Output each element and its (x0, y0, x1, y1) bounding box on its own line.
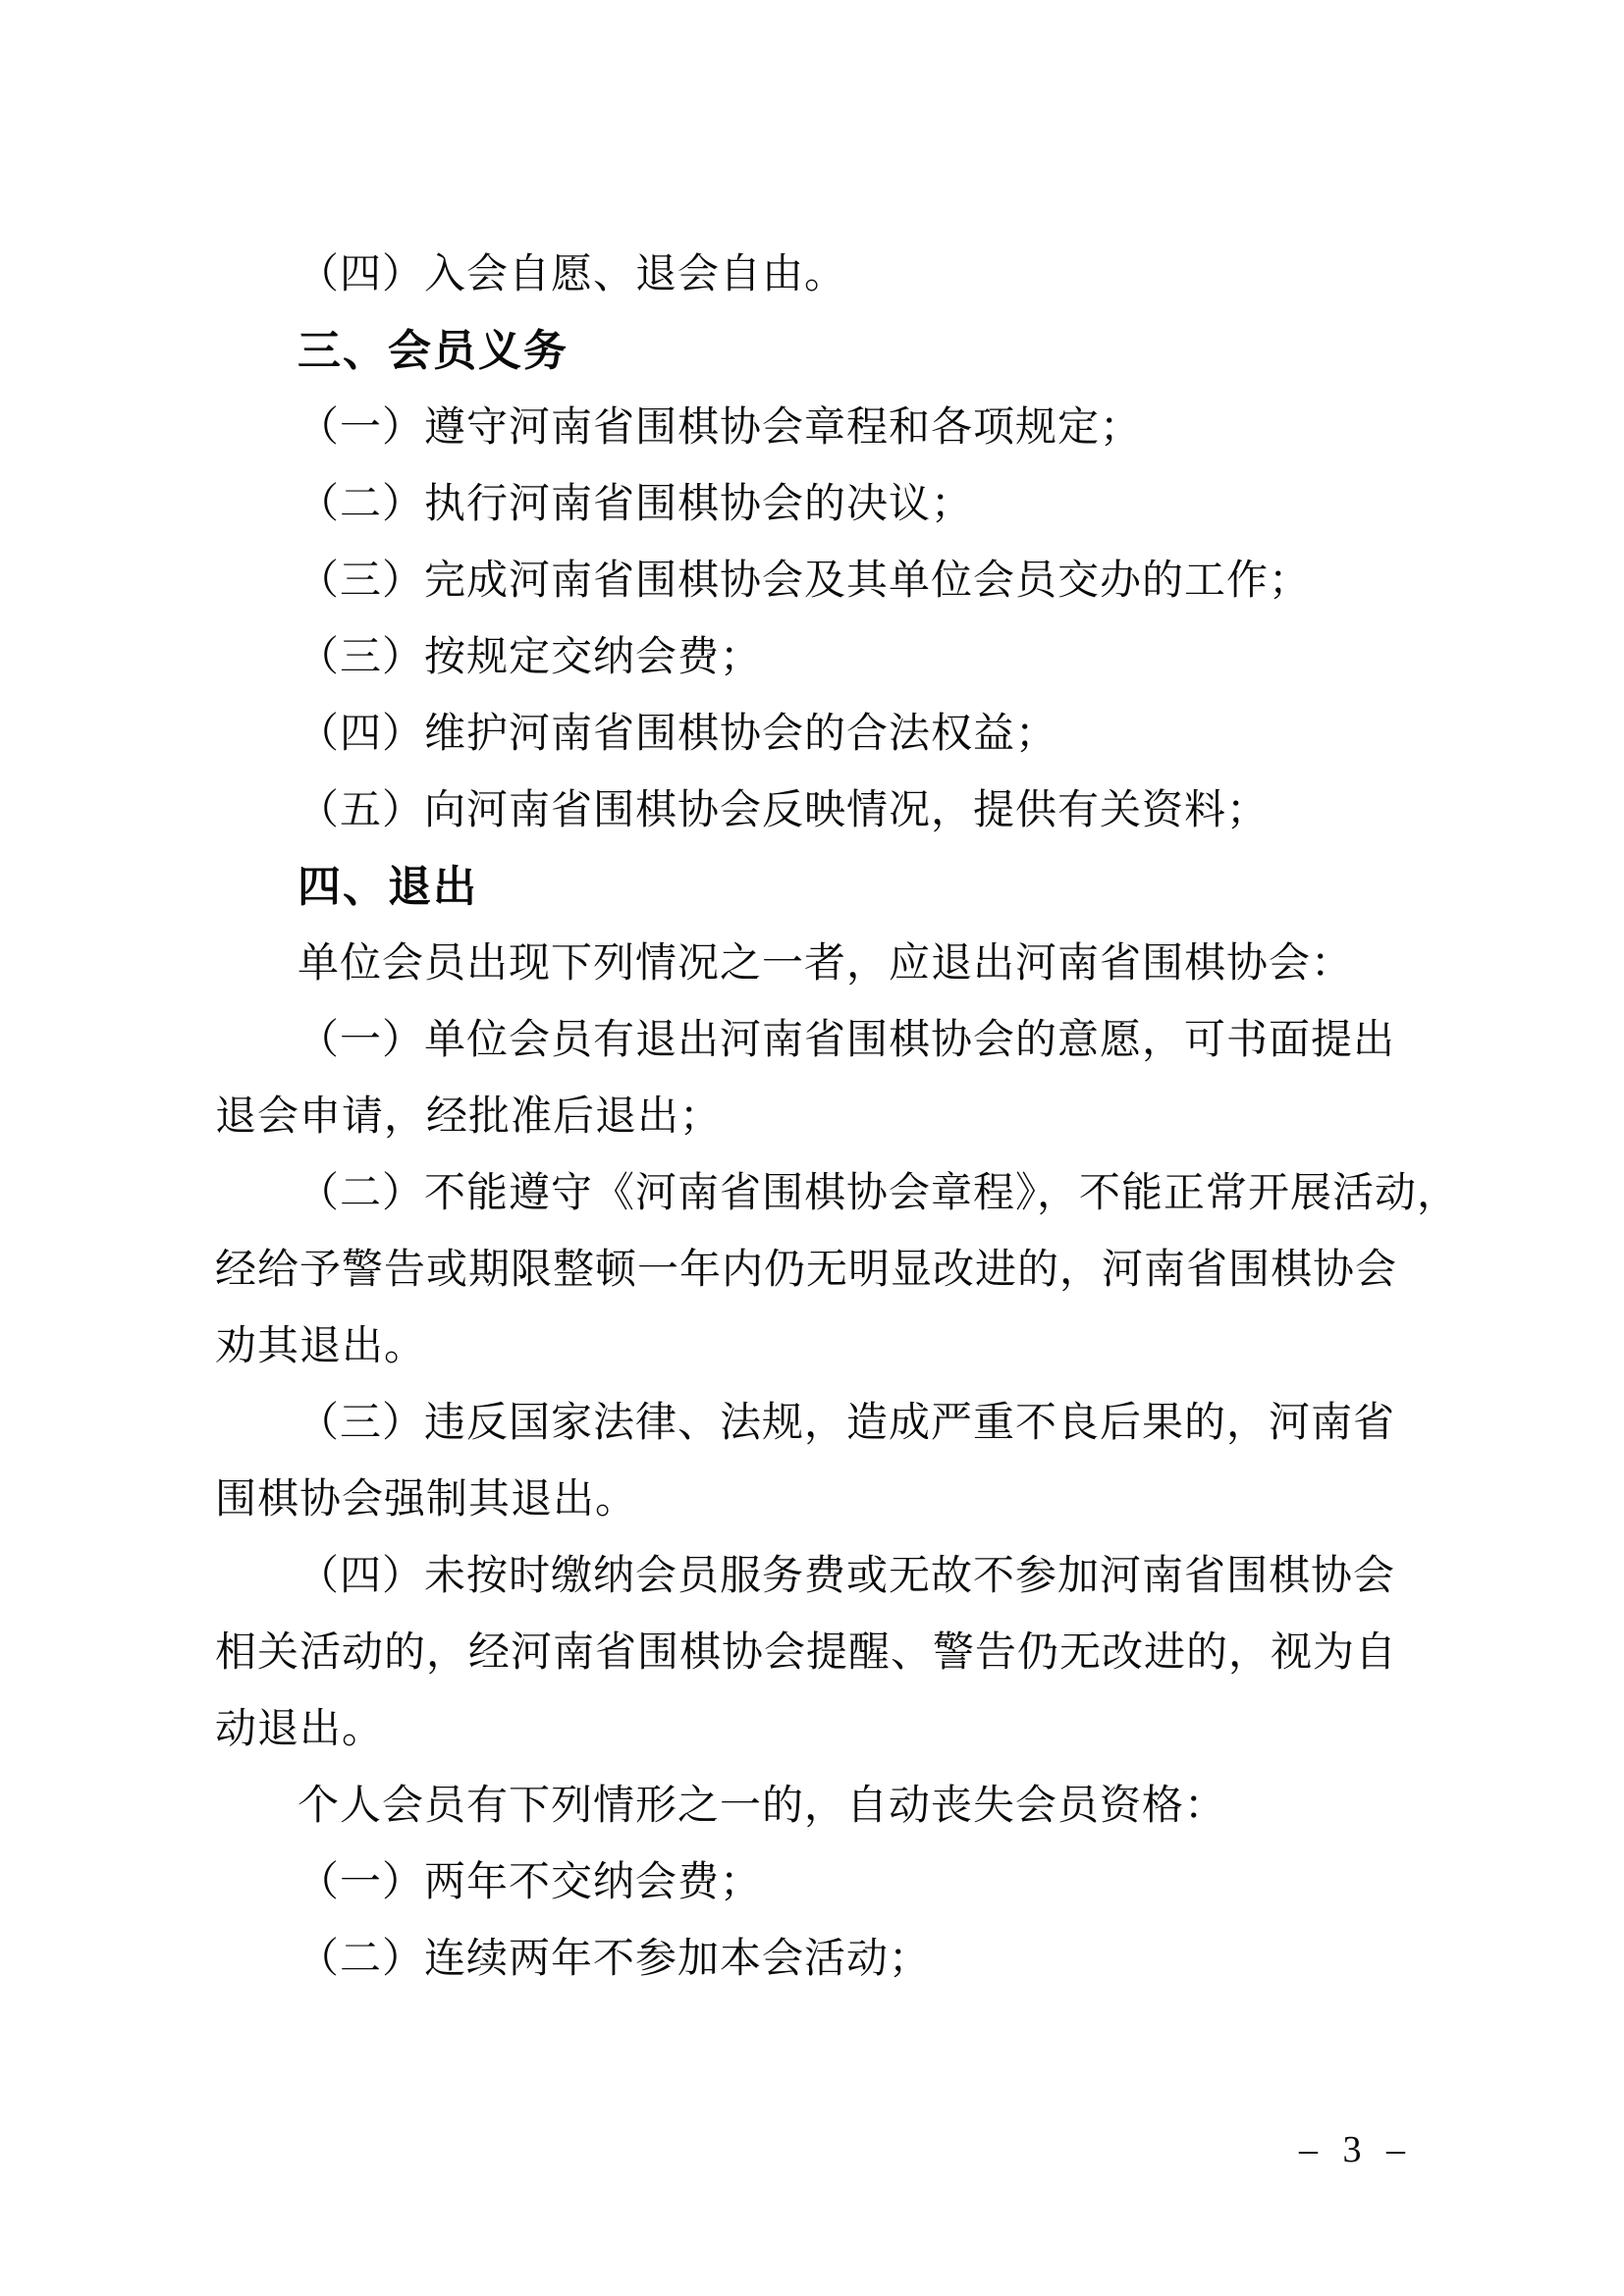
text-line: 动退出。 (215, 1691, 1417, 1768)
text-line: （三）按规定交纳会费； (215, 619, 1417, 696)
text-line: （二）不能遵守《河南省围棋协会章程》，不能正常开展活动， (215, 1155, 1417, 1232)
text-line: （一）遵守河南省围棋协会章程和各项规定； (215, 390, 1417, 466)
text-line: （一）单位会员有退出河南省围棋协会的意愿，可书面提出 (215, 1002, 1417, 1079)
text-line: （五）向河南省围棋协会反映情况，提供有关资料； (215, 773, 1417, 849)
text-line: 劝其退出。 (215, 1308, 1417, 1385)
text-line: 单位会员出现下列情况之一者，应退出河南省围棋协会： (215, 926, 1417, 1002)
text-line: 个人会员有下列情形之一的，自动丧失会员资格： (215, 1768, 1417, 1844)
text-line: 经给予警告或期限整顿一年内仍无明显改进的，河南省围棋协会 (215, 1232, 1417, 1308)
text-line: （一）两年不交纳会费； (215, 1844, 1417, 1921)
text-line: （二）执行河南省围棋协会的决议； (215, 466, 1417, 543)
text-line: 退会申请，经批准后退出； (215, 1079, 1417, 1155)
section-heading: 四、退出 (215, 849, 1417, 926)
text-line: 围棋协会强制其退出。 (215, 1462, 1417, 1538)
text-line: （四）未按时缴纳会员服务费或无故不参加河南省围棋协会 (215, 1538, 1417, 1615)
section-heading: 三、会员义务 (215, 313, 1417, 390)
text-line: （四）维护河南省围棋协会的合法权益； (215, 696, 1417, 773)
text-line: （三）违反国家法律、法规，造成严重不良后果的，河南省 (215, 1385, 1417, 1462)
text-line: 相关活动的，经河南省围棋协会提醒、警告仍无改进的，视为自 (215, 1615, 1417, 1691)
document-body: （四）入会自愿、退会自由。三、会员义务（一）遵守河南省围棋协会章程和各项规定；（… (215, 237, 1417, 1998)
document-page: （四）入会自愿、退会自由。三、会员义务（一）遵守河南省围棋协会章程和各项规定；（… (0, 0, 1624, 2296)
text-line: （二）连续两年不参加本会活动； (215, 1921, 1417, 1998)
text-line: （四）入会自愿、退会自由。 (215, 237, 1417, 313)
text-line: （三）完成河南省围棋协会及其单位会员交办的工作； (215, 543, 1417, 619)
page-number: – 3 – (1299, 2126, 1413, 2173)
